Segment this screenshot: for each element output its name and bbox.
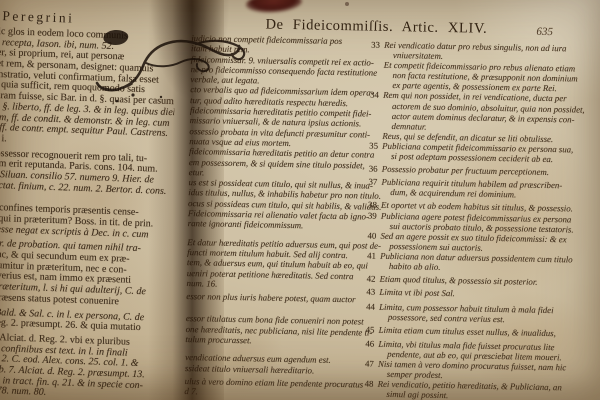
text-line-content: m i. [0, 133, 7, 145]
summary-line-text: d 7. [184, 386, 198, 396]
text-line-content: st 278. num. 80. [0, 385, 46, 398]
right-page: De Fideicommiſſis. Artic. XLIV. 635 iudi… [178, 0, 600, 400]
summary-column-left: iudicio non competit fideicommissaria po… [184, 33, 371, 400]
item-number: 34 [370, 90, 383, 100]
item-text: demnatur. [392, 121, 427, 132]
item-number: 37 [368, 177, 381, 187]
item-text: Possessio probatur per fructuum percepti… [382, 164, 549, 177]
summary-line: 45Limita etiam cum titulus esset nullus,… [366, 325, 588, 339]
item-text: Limita etiam cum titulus esset nullus, &… [379, 325, 556, 338]
summary-line-text: tulum procurasset. [185, 334, 251, 345]
summary-line-text: rante ignoranti fideicommissum. [188, 218, 304, 230]
item-text: Limita vt ibi post Sal. [379, 287, 455, 298]
summary-line: 36Possessio probatur per fructuum percep… [369, 164, 591, 178]
item-number: 43 [366, 287, 379, 297]
item-number: 40 [367, 230, 380, 240]
item-number: 39 [368, 210, 381, 220]
summary-line-text: num. 16. [186, 278, 217, 289]
item-text: habito ab alio. [389, 261, 441, 272]
item-number: 45 [366, 325, 379, 335]
left-page: Peregrini fic glos in eodem loco communi… [0, 0, 178, 400]
left-page-text: fic glos in eodem loco communisa recepta… [0, 27, 178, 400]
summary-line: 42Etiam quod titulus, & possessio sit po… [367, 274, 589, 288]
summary-line-text: itam habuit rem. [191, 43, 250, 54]
item-text: Etiam quod titulus, & possessio sit post… [380, 274, 538, 287]
item-text: si post adeptam possessionem ceciderit a… [391, 151, 553, 164]
item-number: 38 [368, 200, 381, 210]
summary-line: essor non plus iuris habere potest, quam… [186, 291, 366, 305]
page-number: 635 [536, 26, 553, 38]
item-number: 33 [371, 40, 384, 50]
summary-column-right: 33Rei vendicatio datur pro rebus singuli… [364, 40, 593, 400]
summary-line-text: essor non plus iuris habere potest, quam… [186, 291, 355, 304]
item-number: 42 [367, 274, 380, 284]
item-number: 46 [365, 338, 378, 348]
item-text: simul agi possint. [386, 389, 448, 400]
item-text: dum, & acquirendum rei dominium. [390, 187, 516, 199]
summary-line-text: etur. [189, 167, 205, 177]
item-number: 47 [365, 358, 378, 368]
item-number: 36 [369, 164, 382, 174]
item-number: 48 [365, 378, 378, 388]
book-photo: Peregrini fic glos in eodem loco communi… [0, 0, 600, 400]
summary-line: 43Limita vt ibi post Sal. [366, 287, 588, 301]
item-number: 44 [366, 302, 379, 312]
item-text: possessore, sed contra verius est. [388, 312, 505, 324]
item-number: 35 [369, 140, 382, 150]
item-number: 41 [367, 250, 380, 260]
left-page-header: Peregrini [2, 8, 75, 27]
summary-line-text: ssideat titulo vniuersali hæreditario. [185, 363, 315, 375]
summary-line: ssideat titulo vniuersali hæreditario. [185, 363, 365, 377]
